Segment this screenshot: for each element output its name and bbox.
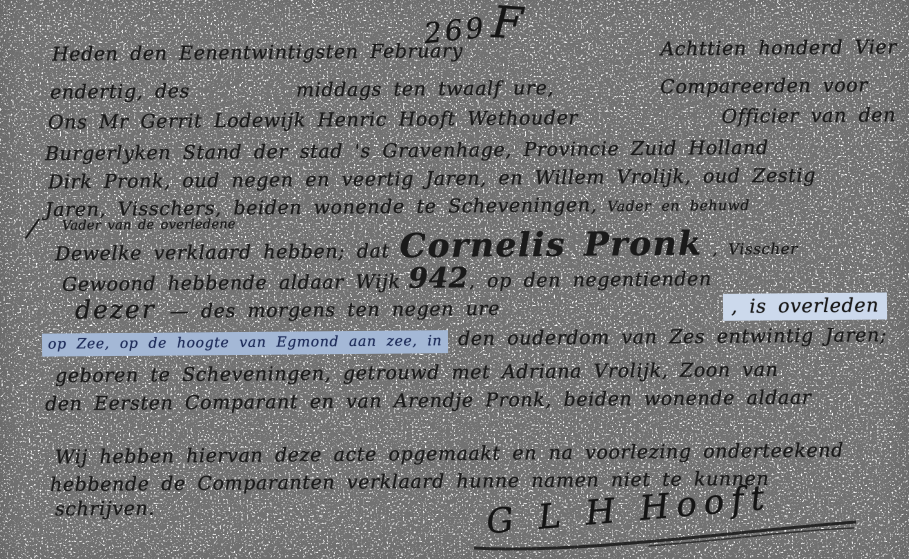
handwritten-text: den ouderdom van Zes entwintig Jaren; bbox=[458, 324, 887, 350]
handwritten-text: dezer bbox=[75, 295, 156, 325]
insertion-caret-mark: / bbox=[26, 214, 39, 245]
handwritten-text: Burgerlyken Stand der stad 's Gravenhage… bbox=[45, 137, 769, 165]
text-line: endertig, des middags ten twaalf ure, Co… bbox=[50, 74, 868, 103]
highlight-death-location: op Zee, op de hoogte van Egmond aan zee,… bbox=[42, 330, 448, 357]
handwritten-text: Heden den Eenentwintigsten February bbox=[52, 40, 463, 66]
handwritten-text: endertig, des bbox=[50, 80, 190, 103]
text-line: Burgerlyken Stand der stad 's Gravenhage… bbox=[45, 137, 769, 165]
text-line: Ons Mr Gerrit Lodewijk Henric Hooft Weth… bbox=[48, 104, 896, 133]
handwritten-text: Achttien honderd Vier bbox=[660, 36, 897, 60]
handwritten-text: Gewoond hebbende aldaar Wijk bbox=[62, 271, 401, 296]
text-line: schrijven. bbox=[55, 498, 155, 521]
handwritten-text: Ons Mr Gerrit Lodewijk Henric Hooft Weth… bbox=[48, 107, 578, 134]
text-line: Dirk Pronk, oud negen en veertig Jaren, … bbox=[48, 165, 816, 194]
handwritten-text: Compareerden voor bbox=[660, 74, 868, 98]
handwritten-text: Officier van den bbox=[722, 104, 897, 128]
official-signature: G L H Hooft bbox=[468, 490, 868, 552]
text-line: den Eersten Comparant en van Arendje Pro… bbox=[45, 387, 812, 416]
signature-underline-flourish bbox=[468, 516, 868, 552]
text-line: Wij hebben hiervan deze acte opgemaakt e… bbox=[55, 440, 844, 469]
handwritten-text: Dirk Pronk, oud negen en veertig Jaren, … bbox=[48, 165, 816, 194]
handwritten-text: Wij hebben hiervan deze acte opgemaakt e… bbox=[55, 440, 844, 469]
text-line: geboren te Scheveningen, getrouwd met Ad… bbox=[55, 359, 779, 387]
handwritten-text-small: , Visscher bbox=[713, 240, 799, 259]
text-line: op Zee, op de hoogte van Egmond aan zee,… bbox=[42, 324, 887, 356]
handwritten-text: — des morgens ten negen ure bbox=[170, 298, 500, 323]
handwritten-text: Jaren, Visschers, beiden wonende te Sche… bbox=[45, 194, 597, 221]
text-line: Jaren, Visschers, beiden wonende te Sche… bbox=[45, 193, 750, 221]
house-number: 942 bbox=[408, 261, 469, 295]
handwritten-text: den Eersten Comparant en van Arendje Pro… bbox=[45, 387, 812, 416]
text-line: Heden den Eenentwintigsten February Acht… bbox=[52, 36, 897, 65]
handwritten-text: geboren te Scheveningen, getrouwd met Ad… bbox=[55, 359, 779, 387]
handwritten-text: middags ten twaalf ure, bbox=[296, 77, 554, 101]
handwritten-text: schrijven. bbox=[55, 498, 155, 521]
highlight-is-overleden: , is overleden bbox=[723, 292, 887, 320]
text-line: dezer — des morgens ten negen ure , is o… bbox=[75, 288, 887, 326]
handwritten-text-small: Vader en behuwd bbox=[607, 198, 750, 215]
handwritten-text: , op den negentienden bbox=[469, 268, 712, 292]
scanned-death-record-page: 269 F Heden den Eenentwintigsten Februar… bbox=[0, 0, 909, 559]
